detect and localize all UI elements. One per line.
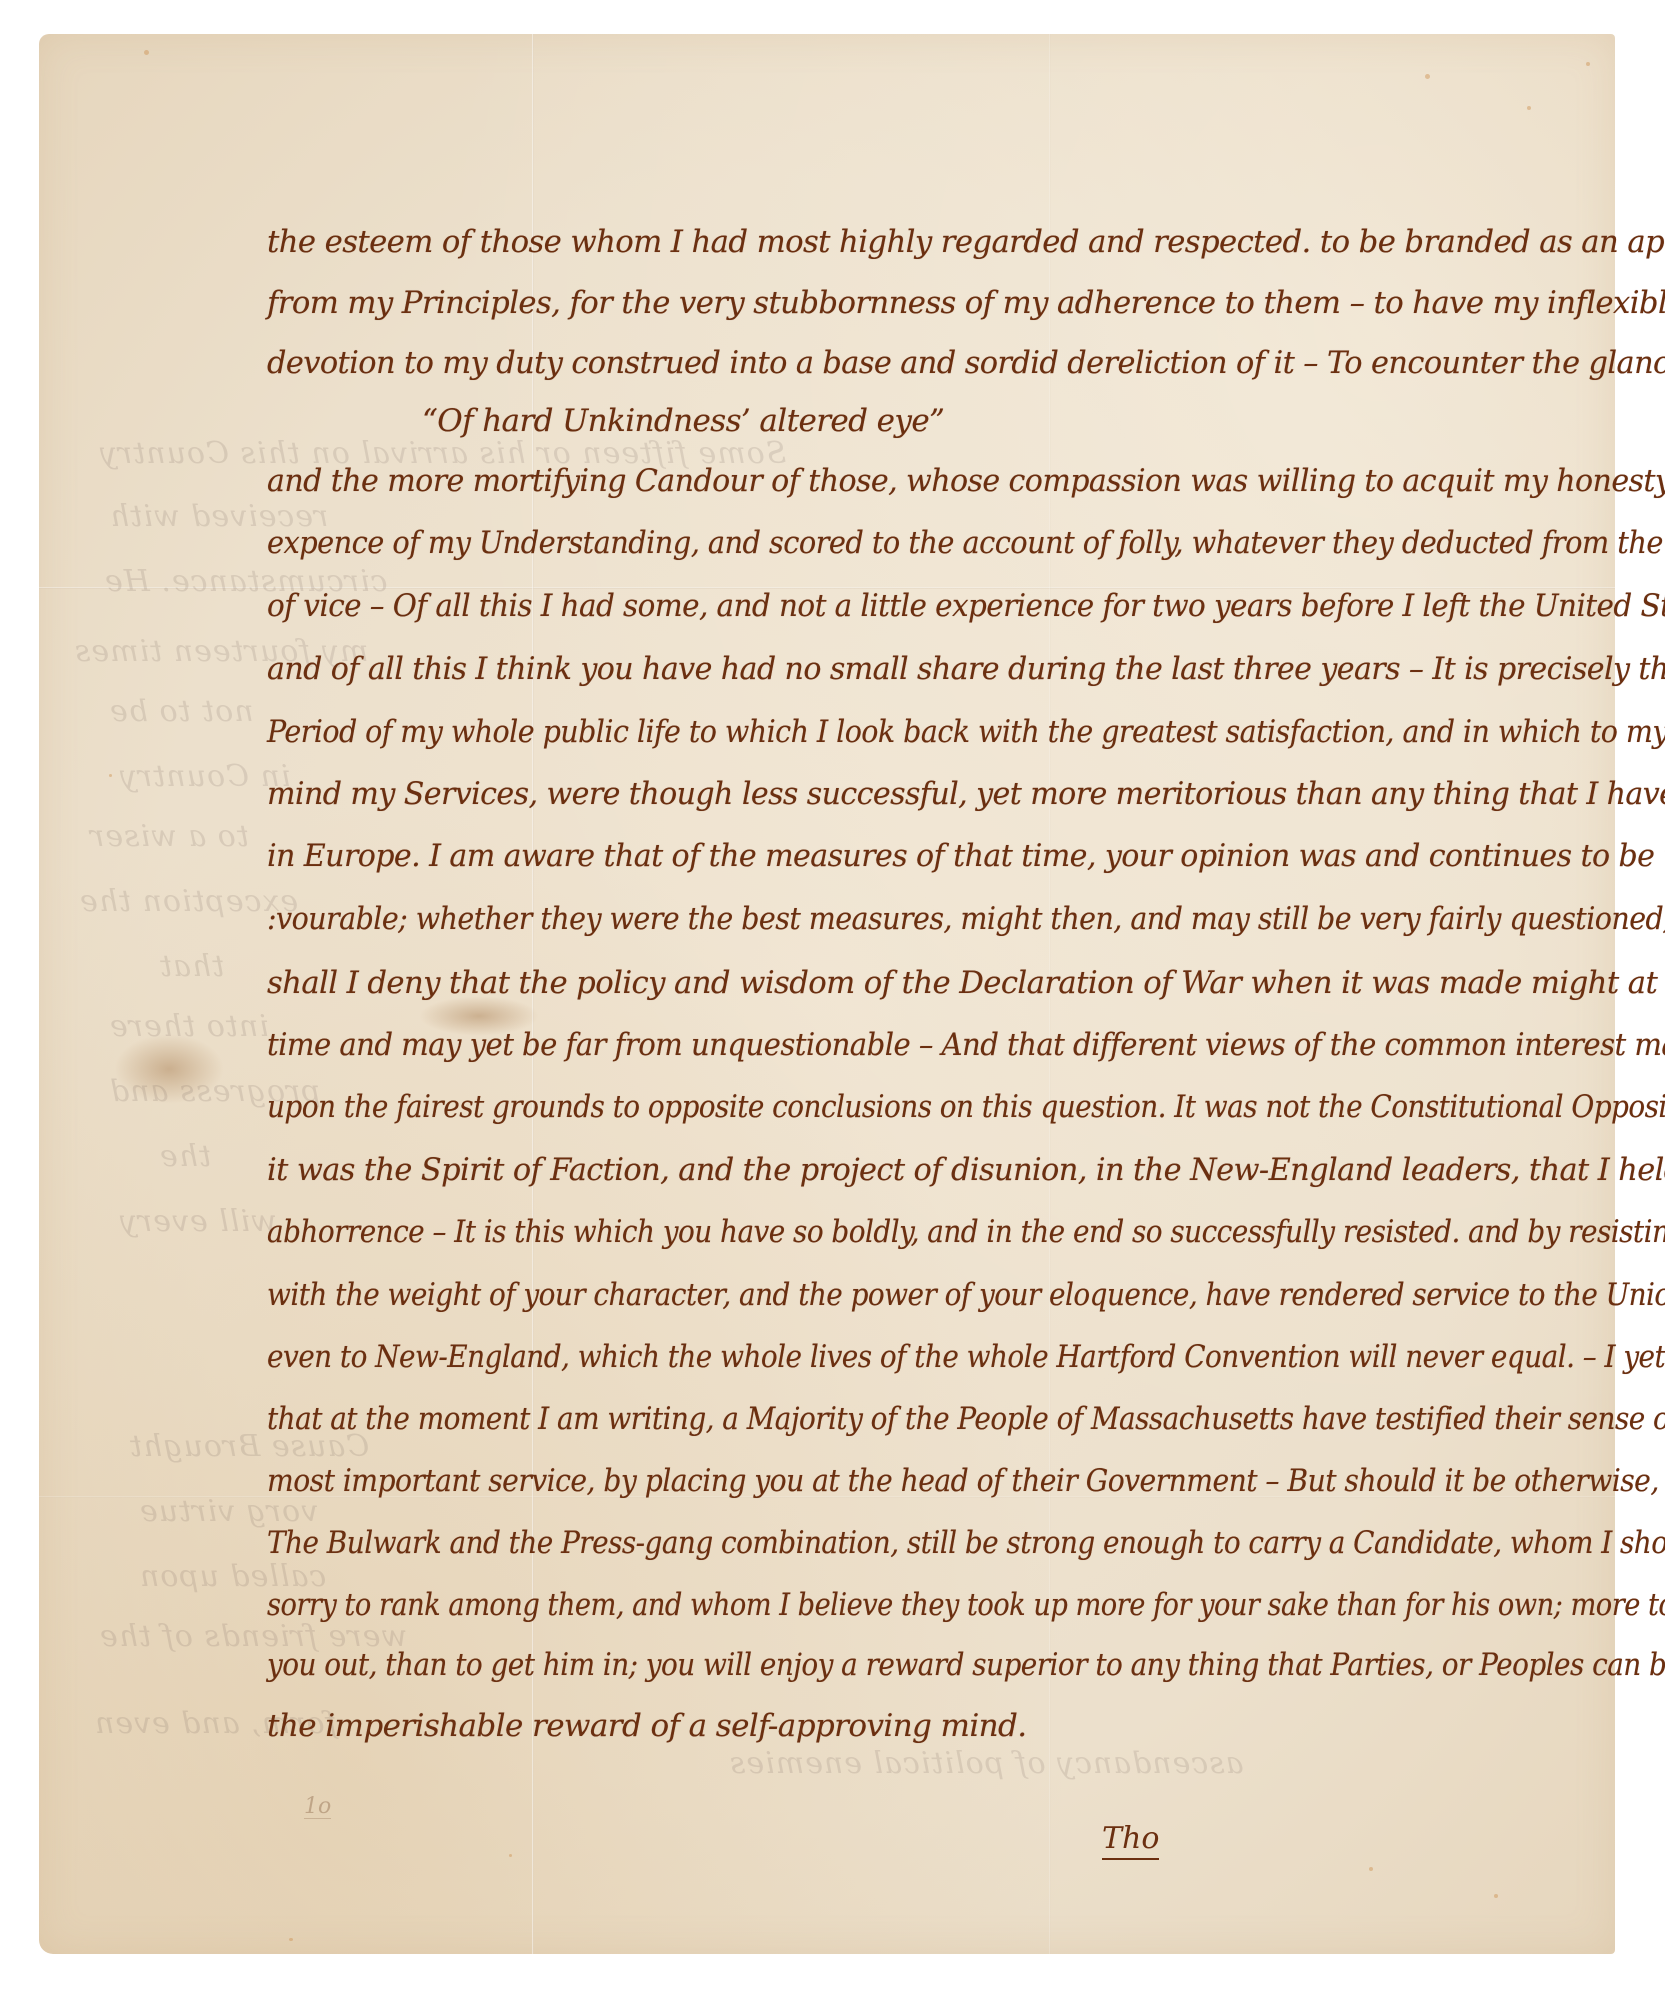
letter-line: with the weight of your character, and t… bbox=[267, 1280, 1665, 1311]
page-number-mark: 1o bbox=[304, 1796, 331, 1819]
letter-line: it was the Spirit of Faction, and the pr… bbox=[267, 1155, 1665, 1186]
quotation-line: “Of hard Unkindness’ altered eye” bbox=[422, 406, 944, 437]
letter-line: in Europe. I am aware that of the measur… bbox=[267, 841, 1665, 872]
foxing-spot bbox=[1527, 106, 1531, 110]
letter-line: sorry to rank among them, and whom I bel… bbox=[267, 1590, 1665, 1621]
bleed-through-text: the bbox=[159, 1139, 211, 1174]
foxing-spot bbox=[1369, 1867, 1373, 1871]
letter-line: abhorrence – It is this which you have s… bbox=[267, 1217, 1665, 1248]
foxing-spot bbox=[1425, 74, 1430, 79]
letter-line: mind my Services, were though less succe… bbox=[267, 779, 1665, 810]
foxing-spot bbox=[109, 774, 112, 777]
letter-line: devotion to my duty construed into a bas… bbox=[267, 348, 1665, 379]
letter-line: most important service, by placing you a… bbox=[267, 1466, 1665, 1497]
foxing-spot bbox=[1586, 62, 1590, 66]
letter-line: of vice – Of all this I had some, and no… bbox=[267, 591, 1665, 622]
letter-line: time and may yet be far from unquestiona… bbox=[267, 1030, 1665, 1061]
letter-line: you out, than to get him in; you will en… bbox=[267, 1650, 1665, 1681]
bleed-through-text: exception the bbox=[79, 884, 298, 919]
bleed-through-text: ascendancy of political enemies bbox=[729, 1746, 1244, 1781]
foxing-spot bbox=[144, 50, 149, 55]
letter-line: the esteem of those whom I had most high… bbox=[267, 227, 1665, 258]
bleed-through-text: in Country bbox=[119, 759, 290, 794]
letter-line: from my Principles, for the very stubbor… bbox=[267, 288, 1665, 319]
letter-line: The Bulwark and the Press-gang combinati… bbox=[267, 1528, 1665, 1559]
bleed-through-text: will every bbox=[119, 1204, 277, 1239]
letter-line: expence of my Understanding, and scored … bbox=[267, 528, 1665, 559]
letter-line: shall I deny that the policy and wisdom … bbox=[267, 968, 1665, 999]
letter-line: the imperishable reward of a self-approv… bbox=[267, 1711, 1027, 1742]
foxing-spot bbox=[289, 1938, 293, 1941]
letter-page: Some fifteen or his arrival on this Coun… bbox=[39, 34, 1615, 1954]
catchword: Tho bbox=[1102, 1824, 1159, 1860]
bleed-through-text: to a wiser bbox=[89, 819, 249, 854]
bleed-through-text: into there bbox=[109, 1009, 269, 1044]
foxing-spot bbox=[1494, 1894, 1498, 1898]
foxing-spot bbox=[509, 1854, 512, 1857]
letter-line: upon the fairest grounds to opposite con… bbox=[267, 1092, 1665, 1123]
letter-line: even to New-England, which the whole liv… bbox=[267, 1342, 1665, 1373]
bleed-through-text: that bbox=[159, 949, 224, 984]
bleed-through-text: vorg virtue bbox=[139, 1494, 318, 1529]
letter-line: and the more mortifying Candour of those… bbox=[267, 466, 1665, 497]
letter-line: :vourable; whether they were the best me… bbox=[267, 904, 1665, 935]
letter-line: and of all this I think you have had no … bbox=[267, 654, 1665, 685]
bleed-through-text: not to be bbox=[109, 694, 254, 729]
letter-line: that at the moment I am writing, a Major… bbox=[267, 1404, 1665, 1435]
letter-line: Period of my whole public life to which … bbox=[267, 717, 1665, 748]
